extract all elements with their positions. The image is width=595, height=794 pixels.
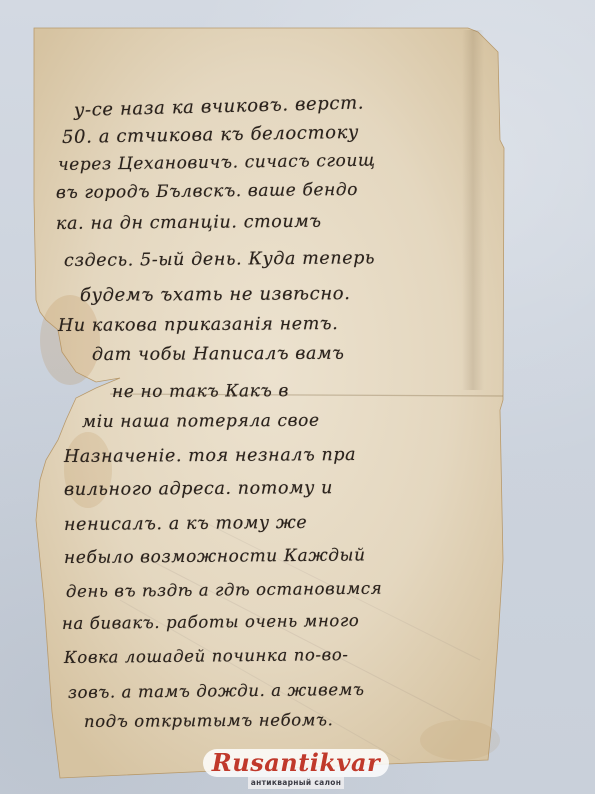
letter-line: дат чобы Написалъ вамъ xyxy=(92,344,345,365)
letter-line: въ городъ Бълвскъ. ваше бендо xyxy=(56,180,358,203)
watermark-subtitle: антикварный салон xyxy=(248,777,344,789)
letter-line: сздесь. 5-ый день. Куда теперь xyxy=(64,248,375,271)
watermark-brand: Rusantikvar xyxy=(203,749,389,777)
letter-line: через Цехановичъ. сичасъ сгоищ xyxy=(58,151,376,175)
letter-line: ка. на дн станціи. стоимъ xyxy=(56,212,322,234)
letter-line: подъ открытымъ небомъ. xyxy=(84,710,334,731)
letter-line: Ковка лошадей починка по-во- xyxy=(64,645,349,667)
letter-line: ненисалъ. а къ тому же xyxy=(64,513,307,535)
letter-line: 50. а стчикова къ белостоку xyxy=(62,122,359,148)
letter-line: зовъ. а тамъ дожди. а живемъ xyxy=(68,680,365,702)
handwritten-letter-body: у-се наза ка вчиковъ. верст. 50. а стчик… xyxy=(0,0,595,794)
letter-line: Назначеніе. тоя незналъ пра xyxy=(64,445,356,467)
letter-line: у-се наза ка вчиковъ. верст. xyxy=(74,92,365,121)
letter-line: міи наша потеряла свое xyxy=(82,411,320,432)
letter-line: день въ ѣздѣ а гдѣ остановимся xyxy=(66,579,382,601)
letter-line: Ни какова приказанія нетъ. xyxy=(58,314,338,336)
letter-line: на бивакъ. работы очень много xyxy=(62,611,360,633)
letter-line: небыло возможности Каждый xyxy=(64,545,366,568)
letter-line: вильного адреса. потому и xyxy=(64,478,333,500)
rusantikvar-watermark: Rusantikvar антикварный салон xyxy=(203,749,389,789)
letter-line: не но такъ Какъ в xyxy=(112,381,289,402)
letter-line: будемъ ъхать не извѣсно. xyxy=(80,283,351,306)
